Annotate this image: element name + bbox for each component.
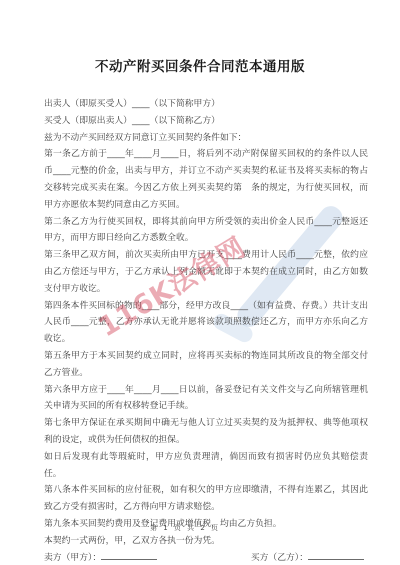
page-number-footer: 第 1 页 共 2 页 <box>150 523 220 533</box>
contract-paragraph-article-7-remedy: 如日后发现有此等瑕疵时，甲方应负责理清，倘因而致有损害时仍应负其赔偿责任。 <box>44 449 368 483</box>
contract-paragraph-article-2: 第二条乙方为行使买回权，即将其前向甲方所受领的卖出价金人民币____元整返还甲方… <box>44 214 368 248</box>
contract-paragraph-seller-line: 出卖人（即原买受人）____（以下简称甲方） <box>44 96 368 113</box>
contract-paragraph-article-5: 第五条甲方于本买回契约成立同时，应将再买卖标的物连同其所改良的物全部交付乙方管业… <box>44 348 368 382</box>
contract-paragraph-article-6: 第六条甲方应于____年____月____日以前，备妥登记有关文件交与乙向所辖管… <box>44 382 368 416</box>
contract-paragraph-article-3: 第三条甲乙双方间，前次买卖所由甲方已开支____费用计人民币____元整，依约应… <box>44 247 368 297</box>
contract-body: 出卖人（即原买受人）____（以下简称甲方） 买受人（即原出卖人）____（以下… <box>44 96 368 565</box>
buyer-signature-label: 买方（乙方）： <box>251 553 308 563</box>
contract-paragraph-preamble: 兹为不动产买回经双方同意订立买回契约条件如下： <box>44 130 368 147</box>
signature-row: 卖方（甲方）： 买方（乙方）： <box>44 550 368 565</box>
contract-paragraph-copies: 本契约一式两份，甲，乙双方各执一份为凭。 <box>44 533 368 550</box>
contract-paragraph-article-7: 第七条甲方保证在承买期间中确无与他人订立过买卖契约及为抵押权、典等他项权利的设定… <box>44 415 368 449</box>
contract-paragraph-article-8: 第八条本件买回标的应付征税，如有积欠的甲方应即缴清，不得有连累乙，其因此致乙方受… <box>44 482 368 516</box>
contract-paragraph-article-1: 第一条乙方前于____年____月____日，将后列不动产附保留买回权的约条件以… <box>44 146 368 213</box>
buyer-signature: 买方（乙方）： <box>251 550 364 565</box>
contract-paragraph-article-4: 第四条本件买回标的物的____部分，经甲方改良____（如有益费、存费。）共计支… <box>44 298 368 348</box>
contract-paragraph-buyer-line: 买受人（即原出卖人）____（以下简称乙方） <box>44 113 368 130</box>
buyer-signature-line <box>308 550 364 560</box>
contract-document-page: 116K法律网 不动产附买回条件合同范本通用版 出卖人（即原买受人）____（以… <box>0 0 400 565</box>
seller-signature-line <box>101 550 157 560</box>
document-title: 不动产附买回条件合同范本通用版 <box>0 55 400 75</box>
seller-signature: 卖方（甲方）： <box>44 550 157 565</box>
seller-signature-label: 卖方（甲方）： <box>44 553 101 563</box>
